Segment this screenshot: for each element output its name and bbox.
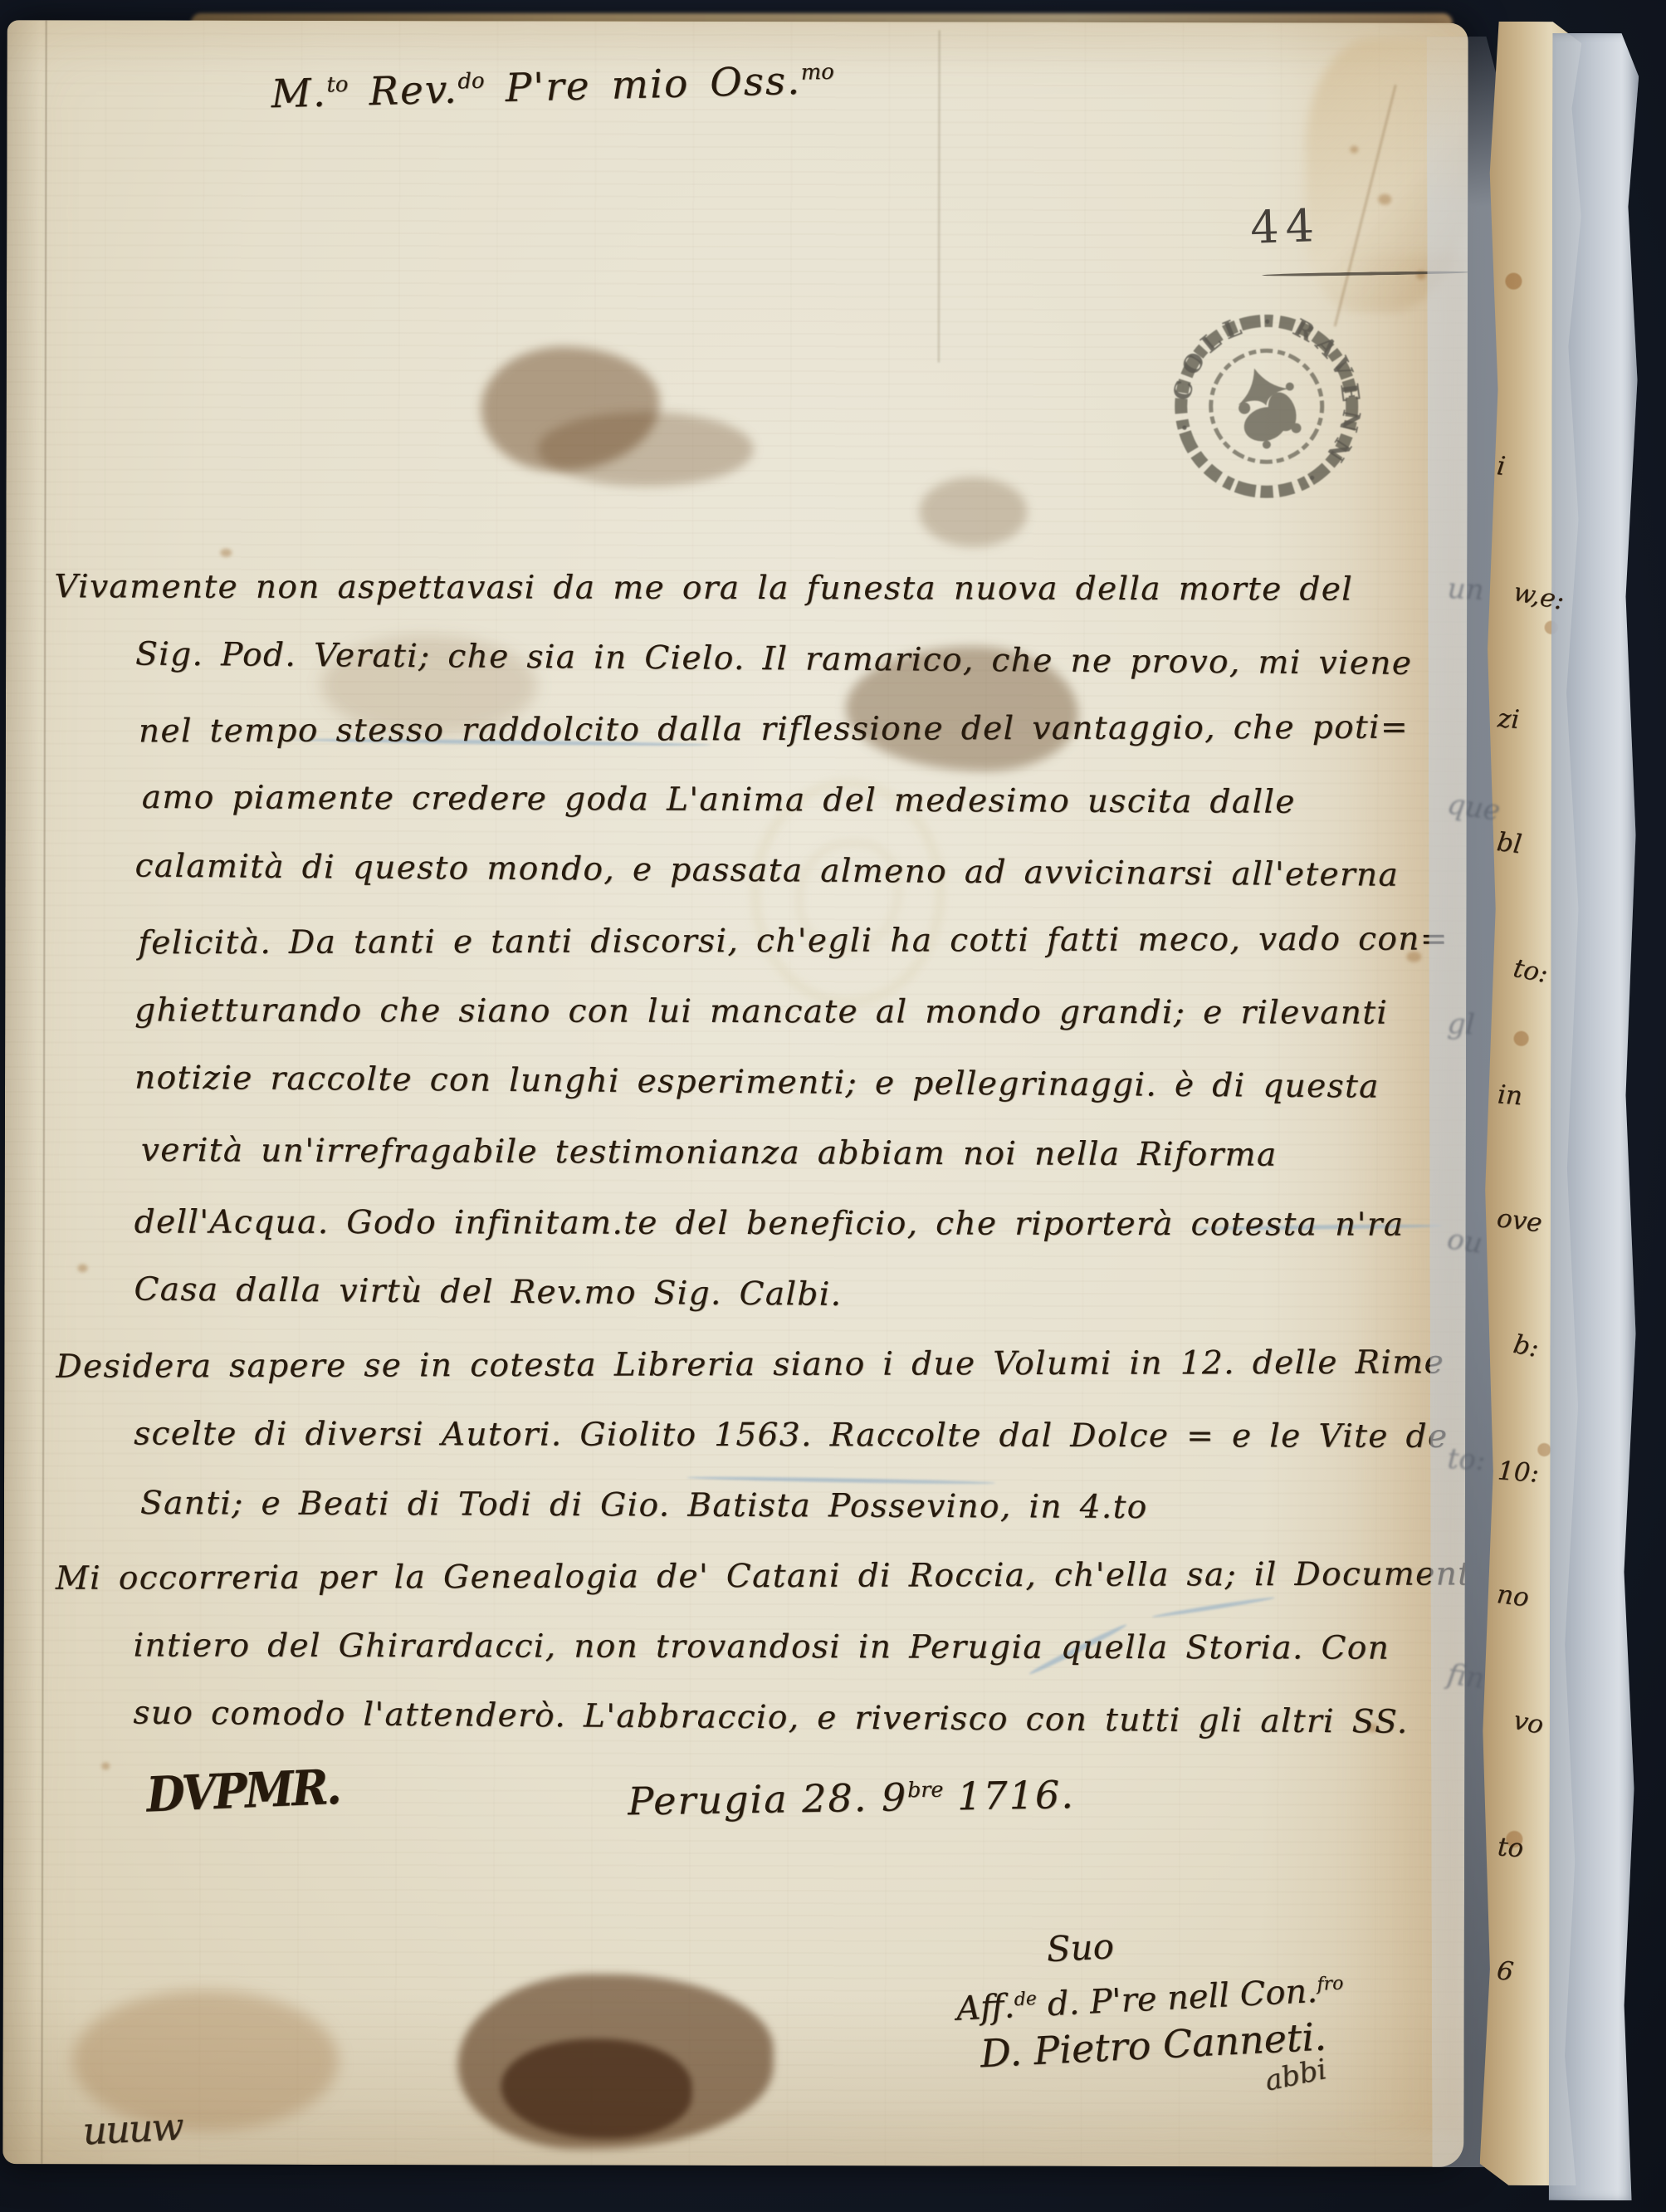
foxing-spot [101,1762,110,1769]
stamp-emblem [1228,359,1310,454]
dateline: Perugia 28. 9bre 1716. [628,1772,1075,1823]
ink-stain [538,411,754,487]
underleaf-ink-fragment: i [1483,451,1573,585]
letter-line: suo comodo l'attenderò. L'abbraccio, e r… [51,1677,1463,1758]
letter-line: scelte di diversi Autori. Giolito 1563. … [52,1398,1463,1472]
letter-line: intiero del Ghirardacci, non trovandosi … [52,1610,1463,1684]
letter-line: ghietturando che siano con lui mancate a… [53,975,1464,1049]
dateline-part: 1716. [943,1772,1075,1818]
letter-body: Vivamente non aspettavasi da me ora la f… [51,551,1465,1754]
letter-line: notizie raccolte con lunghi esperimenti;… [53,1042,1465,1123]
salutation-part: do [457,69,485,95]
salutation-part: P're mio Oss. [484,58,802,112]
salutation-part: M. [271,71,327,118]
underleaf-ink-fragment: zi [1490,703,1573,834]
letter-line: Santi; e Beati di Todi di Gio. Batista P… [59,1468,1468,1544]
dateline-part: bre [907,1777,944,1802]
underleaf-ink-fragment: bl [1483,827,1573,961]
foxing-spot [1378,194,1391,205]
salutation: M.to Rev.do P're mio Oss.mo [271,57,835,118]
signature-title-part: de [1014,1989,1037,2010]
underleaf-ink-fragment: 6 [1483,1955,1573,2089]
letter-line: Casa dalla virtù del Rev.mo Sig. Calbi. [52,1254,1464,1334]
ink-stain [919,477,1027,546]
letter-line: dell'Acqua. Godo infinitam.te del benefi… [53,1187,1464,1260]
signature-block: Suo Aff.de d. P're nell Con.fro D. Pietr… [952,1911,1347,2081]
salutation-part: to [326,72,349,98]
letter-line: nel tempo stesso raddolcito dalla rifles… [57,692,1468,766]
salutation-part: mo [800,60,834,86]
dateline-part: Perugia 28. 9 [628,1774,908,1823]
letter-line: calamità di questo mondo, e passata alme… [53,830,1465,911]
letter-line: Vivamente non aspettavasi da me ora la f… [54,551,1465,625]
underleaf-ink-fragment: in [1490,1079,1573,1210]
fold-crease-top [938,31,940,363]
closing-initials: DVPMR. [145,1759,340,1823]
letter-line: Mi occorreria per la Genealogia de' Cata… [56,1539,1467,1613]
underleaf-ink-fragment: ove [1483,1203,1573,1337]
letter-line: verità un'irrefragabile testimonianza ab… [60,1115,1468,1192]
salutation-part: Rev. [348,66,458,115]
letter-line: Sig. Pod. Verati; che sia in Cielo. Il r… [54,619,1466,699]
underleaf-ink-fragments: iw,e:ziblto:inoveb:10:novoto6 [1491,455,1566,2085]
manuscript-photo: M.to Rev.do P're mio Oss.mo 44 · COLL · … [0,0,1666,2212]
foxing-spot [1350,146,1358,154]
letter-line: Desidera sapere se in cotesta Libreria s… [56,1327,1467,1402]
underleaf-ink-fragment: 10: [1490,1456,1573,1586]
underleaf-ink-fragment: to [1490,1832,1573,1962]
underleaf-ink-fragment: no [1483,1579,1573,1713]
folio-number: 44 [1249,199,1322,254]
signature-title-part: Aff. [955,1988,1015,2028]
letter-line: felicità. Da tanti e tanti discorsi, ch'… [56,903,1468,978]
signature-title-part: fro [1317,1973,1344,1995]
fold-crease-left [41,20,46,2164]
bleedthrough-fragments: unqueglouto:fin [1434,573,1493,1878]
manuscript-page: M.to Rev.do P're mio Oss.mo 44 · COLL · … [2,20,1468,2167]
letter-line: amo piamente credere goda L'anima del me… [61,762,1468,839]
cutoff-text-fragment-left: uuuw [81,2103,183,2153]
